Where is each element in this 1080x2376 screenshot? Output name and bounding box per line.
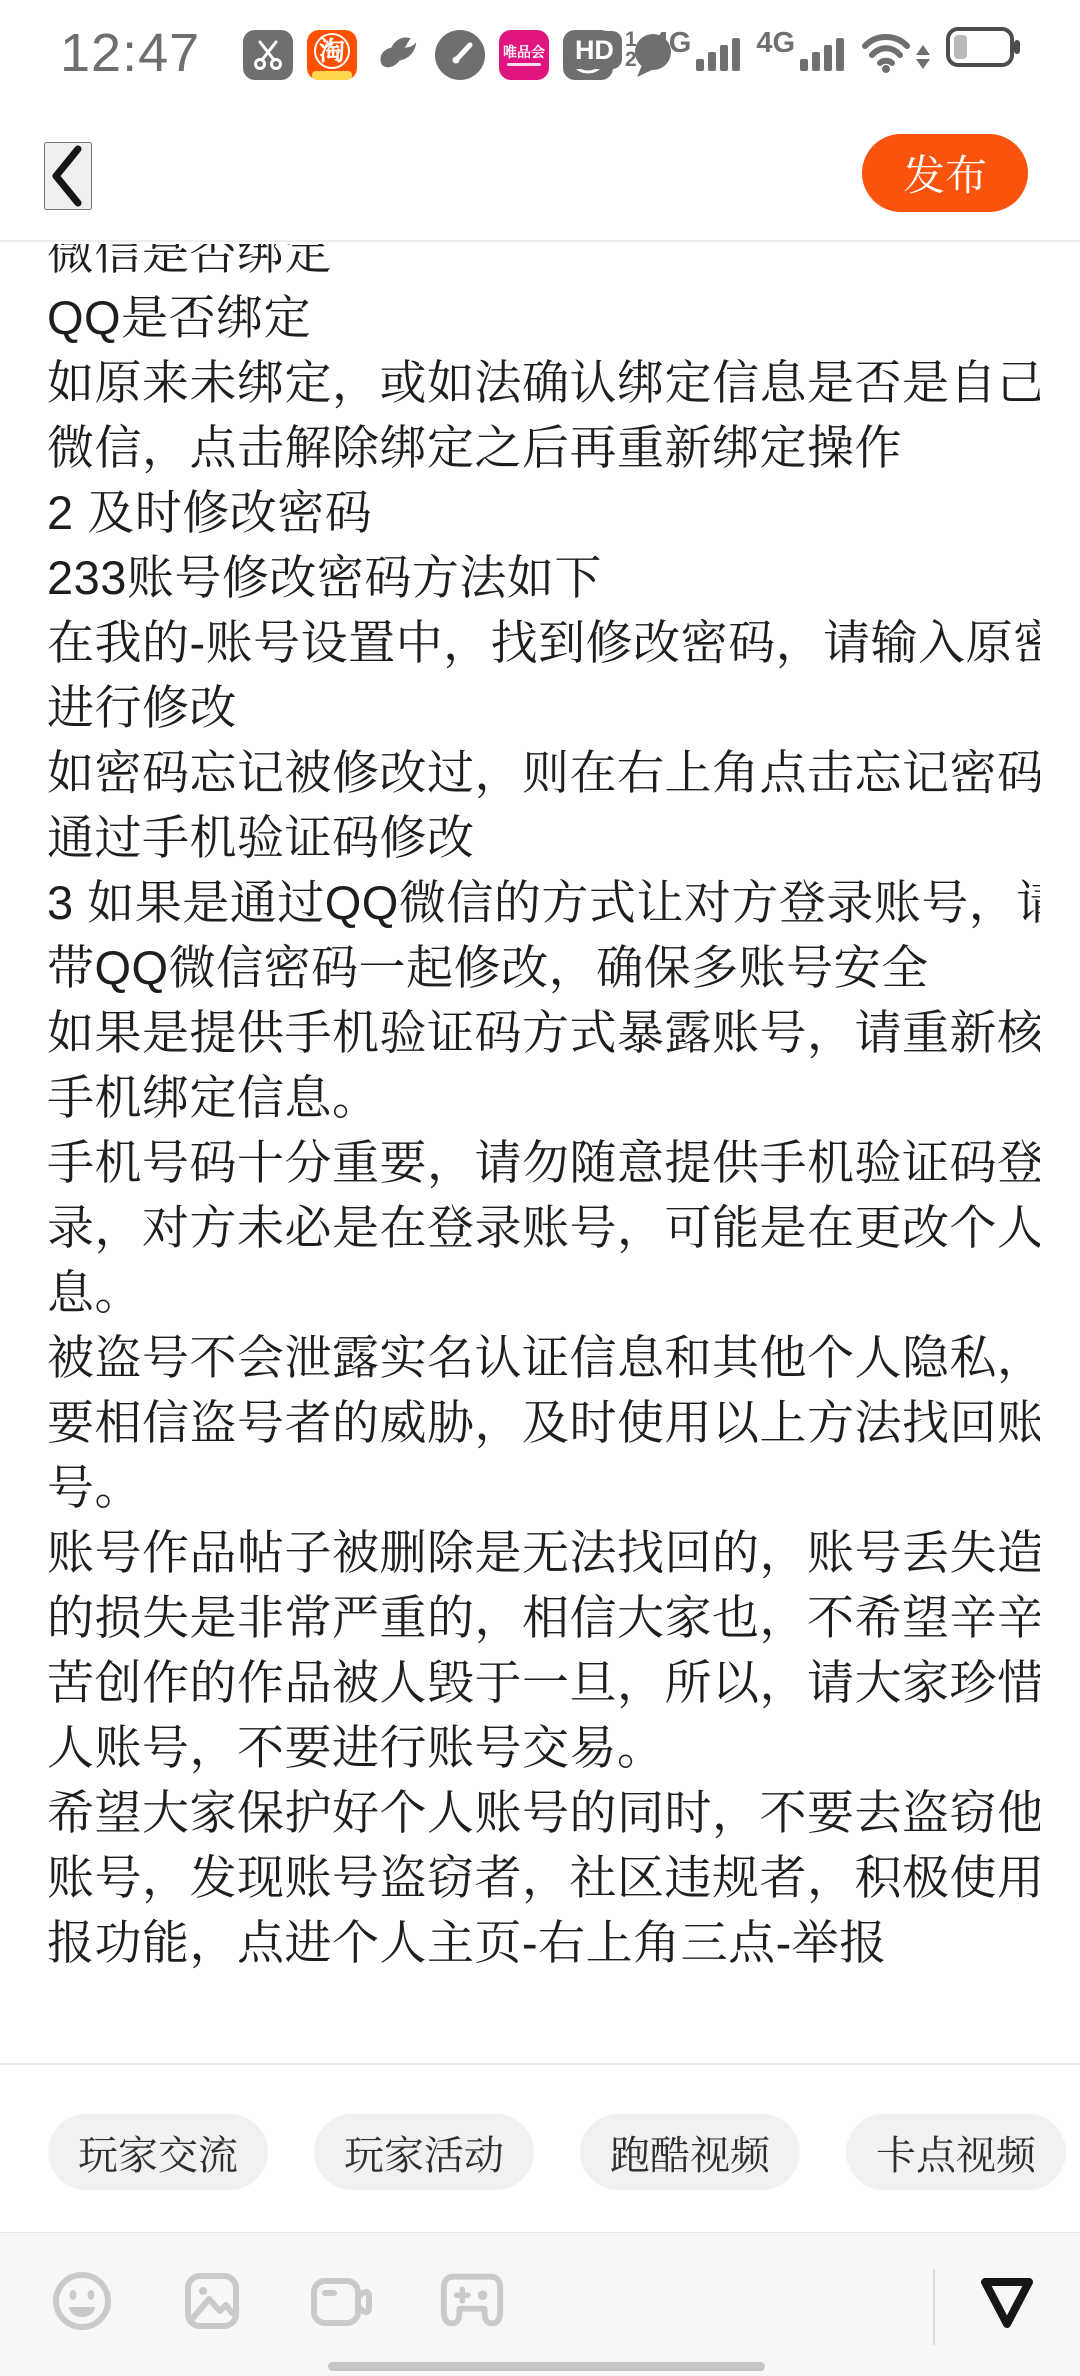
back-button[interactable] — [44, 142, 92, 210]
post-text-line: 账号作品帖子被删除是无法找回的，账号丢失造成 — [47, 1520, 1040, 1585]
topic-chips-row: 玩家交流玩家活动跑酷视频卡点视频 — [48, 2114, 1080, 2190]
section-divider — [0, 2063, 1080, 2065]
data-updown-icon — [916, 45, 930, 69]
scissors-icon — [243, 30, 293, 80]
publish-button[interactable]: 发布 — [862, 134, 1028, 212]
signal-sim2: 4G — [756, 29, 844, 71]
post-text-line: 2 及时修改密码 — [47, 480, 1040, 545]
post-text-line: 如果是提供手机验证码方式暴露账号，请重新核实 — [47, 1000, 1040, 1065]
clock: 12:47 — [60, 22, 200, 84]
home-indicator[interactable] — [328, 2362, 765, 2371]
hd-volte-indicator: HD 1 2 — [567, 30, 637, 70]
post-text-line: 希望大家保护好个人账号的同时，不要去盗窃他人 — [47, 1780, 1040, 1845]
post-text-line: 录，对方未必是在登录账号，可能是在更改个人信 — [47, 1195, 1040, 1260]
post-text-line: 通过手机验证码修改 — [47, 805, 1040, 870]
topic-chip[interactable]: 玩家活动 — [314, 2114, 534, 2190]
signal-bars-icon — [800, 31, 844, 71]
vipshop-icon: 唯品会 — [499, 30, 549, 80]
post-text-line: 苦创作的作品被人毁于一旦，所以，请大家珍惜个 — [47, 1650, 1040, 1715]
nav-bar: 发布 — [0, 110, 1080, 242]
toolbar-divider — [933, 2269, 935, 2345]
post-text-line: 账号，发现账号盗窃者，社区违规者，积极使用举 — [47, 1845, 1040, 1910]
post-text-line: 号。 — [47, 1455, 1040, 1520]
system-indicators: HD 1 2 4G 4G — [567, 26, 1022, 73]
gauge-icon — [435, 30, 485, 80]
emoji-icon[interactable] — [48, 2267, 116, 2335]
post-text-line: 微信，点击解除绑定之后再重新绑定操作 — [47, 415, 1040, 480]
taobao-icon: 淘 — [307, 30, 357, 80]
post-text-line: 被盗号不会泄露实名认证信息和其他个人隐私，不 — [47, 1325, 1040, 1390]
post-text-line: 带QQ微信密码一起修改，确保多账号安全 — [47, 935, 1040, 1000]
publish-post-screen: 12:47 淘 — [0, 0, 1080, 2376]
status-bar: 12:47 淘 — [0, 0, 1080, 110]
collapse-keyboard-icon[interactable] — [972, 2269, 1042, 2337]
wifi-icon — [860, 27, 930, 73]
post-text-line: 在我的-账号设置中，找到修改密码，请输入原密码 — [47, 610, 1040, 675]
battery-icon — [946, 26, 1022, 73]
post-text-line: 息。 — [47, 1260, 1040, 1325]
post-text-line: 要相信盗号者的威胁，及时使用以上方法找回账 — [47, 1390, 1040, 1455]
video-icon[interactable] — [308, 2267, 376, 2335]
image-icon[interactable] — [178, 2267, 246, 2335]
bird-icon — [371, 30, 421, 80]
post-text-line: 报功能，点进个人主页-右上角三点-举报 — [47, 1910, 1040, 1975]
signal-sim1: 4G — [653, 29, 741, 71]
post-content-editor[interactable]: 微信是否绑定QQ是否绑定如原来未绑定，或如法确认绑定信息是否是自己QQ微信，点击… — [47, 244, 1040, 2004]
topic-chip[interactable]: 卡点视频 — [846, 2114, 1066, 2190]
post-text-line: 手机绑定信息。 — [47, 1065, 1040, 1130]
post-text-line: 进行修改 — [47, 675, 1040, 740]
post-text-line: 手机号码十分重要，请勿随意提供手机验证码登 — [47, 1130, 1040, 1195]
post-text-line: 233账号修改密码方法如下 — [47, 545, 1040, 610]
composer-toolbar — [0, 2232, 1080, 2376]
post-text-line: 如原来未绑定，或如法确认绑定信息是否是自己QQ — [47, 350, 1040, 415]
game-controller-icon[interactable] — [438, 2267, 506, 2335]
post-text-line: 微信是否绑定 — [47, 244, 1040, 285]
post-text-line: 如密码忘记被修改过，则在右上角点击忘记密码， — [47, 740, 1040, 805]
post-text-line: 人账号，不要进行账号交易。 — [47, 1715, 1040, 1780]
post-text-line: QQ是否绑定 — [47, 285, 1040, 350]
signal-bars-icon — [696, 31, 740, 71]
topic-chip[interactable]: 跑酷视频 — [580, 2114, 800, 2190]
post-text-line: 3 如果是通过QQ微信的方式让对方登录账号，请连 — [47, 870, 1040, 935]
topic-chip[interactable]: 玩家交流 — [48, 2114, 268, 2190]
post-text-line: 的损失是非常严重的，相信大家也，不希望辛辛苦 — [47, 1585, 1040, 1650]
